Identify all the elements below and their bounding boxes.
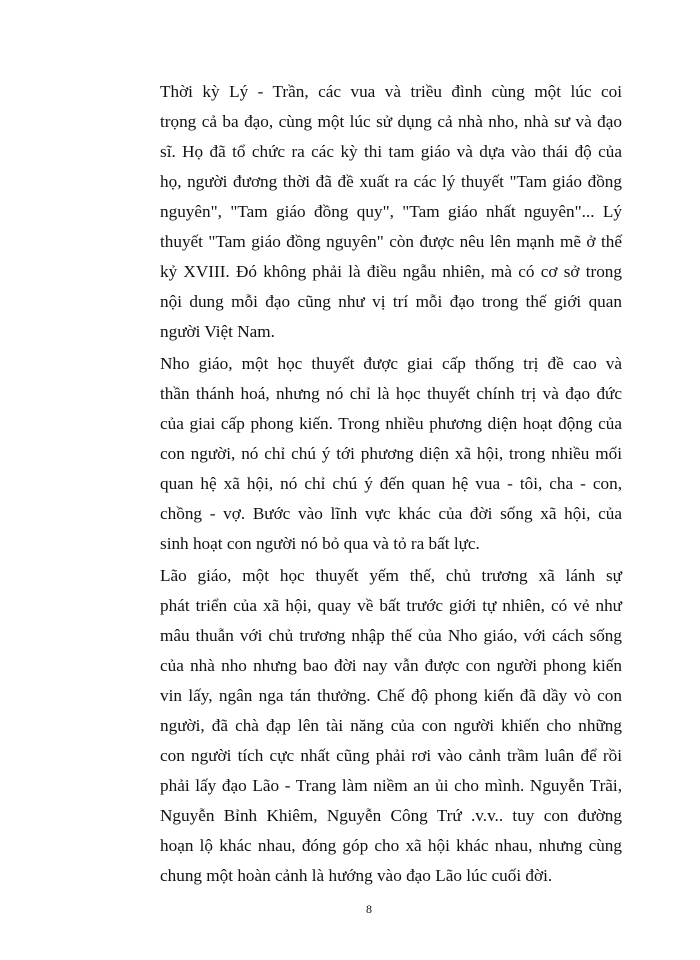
text-line: của nhà nho nhưng bao đời nay vẫn được c…	[116, 651, 622, 681]
text-line: nguyên", "Tam giáo đồng quy", "Tam giáo …	[116, 197, 622, 227]
text-line: Nho giáo, một học thuyết được giai cấp t…	[116, 349, 622, 379]
text-line: của giai cấp phong kiến. Trong nhiều phư…	[116, 409, 622, 439]
text-line: sinh hoạt con người nó bỏ qua và tỏ ra b…	[116, 529, 622, 559]
text-line: quan hệ xã hội, nó chỉ chú ý đến quan hệ…	[116, 469, 622, 499]
text-line: nội dung mỗi đạo cũng như vị trí mỗi đạo…	[116, 287, 622, 317]
text-line: mâu thuẫn với chủ trương nhập thế của Nh…	[116, 621, 622, 651]
text-line: Thời kỳ Lý - Trần, các vua và triều đình…	[116, 77, 622, 107]
document-page: Thời kỳ Lý - Trần, các vua và triều đình…	[0, 0, 700, 960]
text-line: họ, người đương thời đã đề xuất ra các l…	[116, 167, 622, 197]
text-line: con người tích cực nhất cũng phải rơi và…	[116, 741, 622, 771]
text-line: người, đã chà đạp lên tài năng của con n…	[116, 711, 622, 741]
page-number: 8	[363, 902, 375, 917]
text-line: thuyết "Tam giáo đồng nguyên" còn được n…	[116, 227, 622, 257]
body-text: Thời kỳ Lý - Trần, các vua và triều đình…	[116, 77, 622, 891]
paragraph-ly-tran: Thời kỳ Lý - Trần, các vua và triều đình…	[116, 77, 622, 347]
text-line: Lão giáo, một học thuyết yếm thế, chủ tr…	[116, 561, 622, 591]
text-line: phải lấy đạo Lão - Trang làm niềm an ủi …	[116, 771, 622, 801]
text-line: sĩ. Họ đã tổ chức ra các kỳ thi tam giáo…	[116, 137, 622, 167]
text-line: thần thánh hoá, nhưng nó chỉ là học thuy…	[116, 379, 622, 409]
text-line: trọng cả ba đạo, cùng một lúc sử dụng cả…	[116, 107, 622, 137]
paragraph-lao-giao: Lão giáo, một học thuyết yếm thế, chủ tr…	[116, 561, 622, 891]
text-line: con người, nó chỉ chú ý tới phương diện …	[116, 439, 622, 469]
text-line: người Việt Nam.	[116, 317, 622, 347]
text-line: hoạn lộ khác nhau, đóng góp cho xã hội k…	[116, 831, 622, 861]
text-line: phát triển của xã hội, quay về bất trước…	[116, 591, 622, 621]
text-line: Nguyễn Bỉnh Khiêm, Nguyễn Công Trứ .v.v.…	[116, 801, 622, 831]
text-line: chồng - vợ. Bước vào lĩnh vực khác của đ…	[116, 499, 622, 529]
text-line: kỷ XVIII. Đó không phải là điều ngẫu nhi…	[116, 257, 622, 287]
text-line: vin lấy, ngân nga tán thưởng. Chế độ pho…	[116, 681, 622, 711]
paragraph-nho-giao: Nho giáo, một học thuyết được giai cấp t…	[116, 349, 622, 559]
text-line: chung một hoàn cảnh là hướng vào đạo Lão…	[116, 861, 622, 891]
